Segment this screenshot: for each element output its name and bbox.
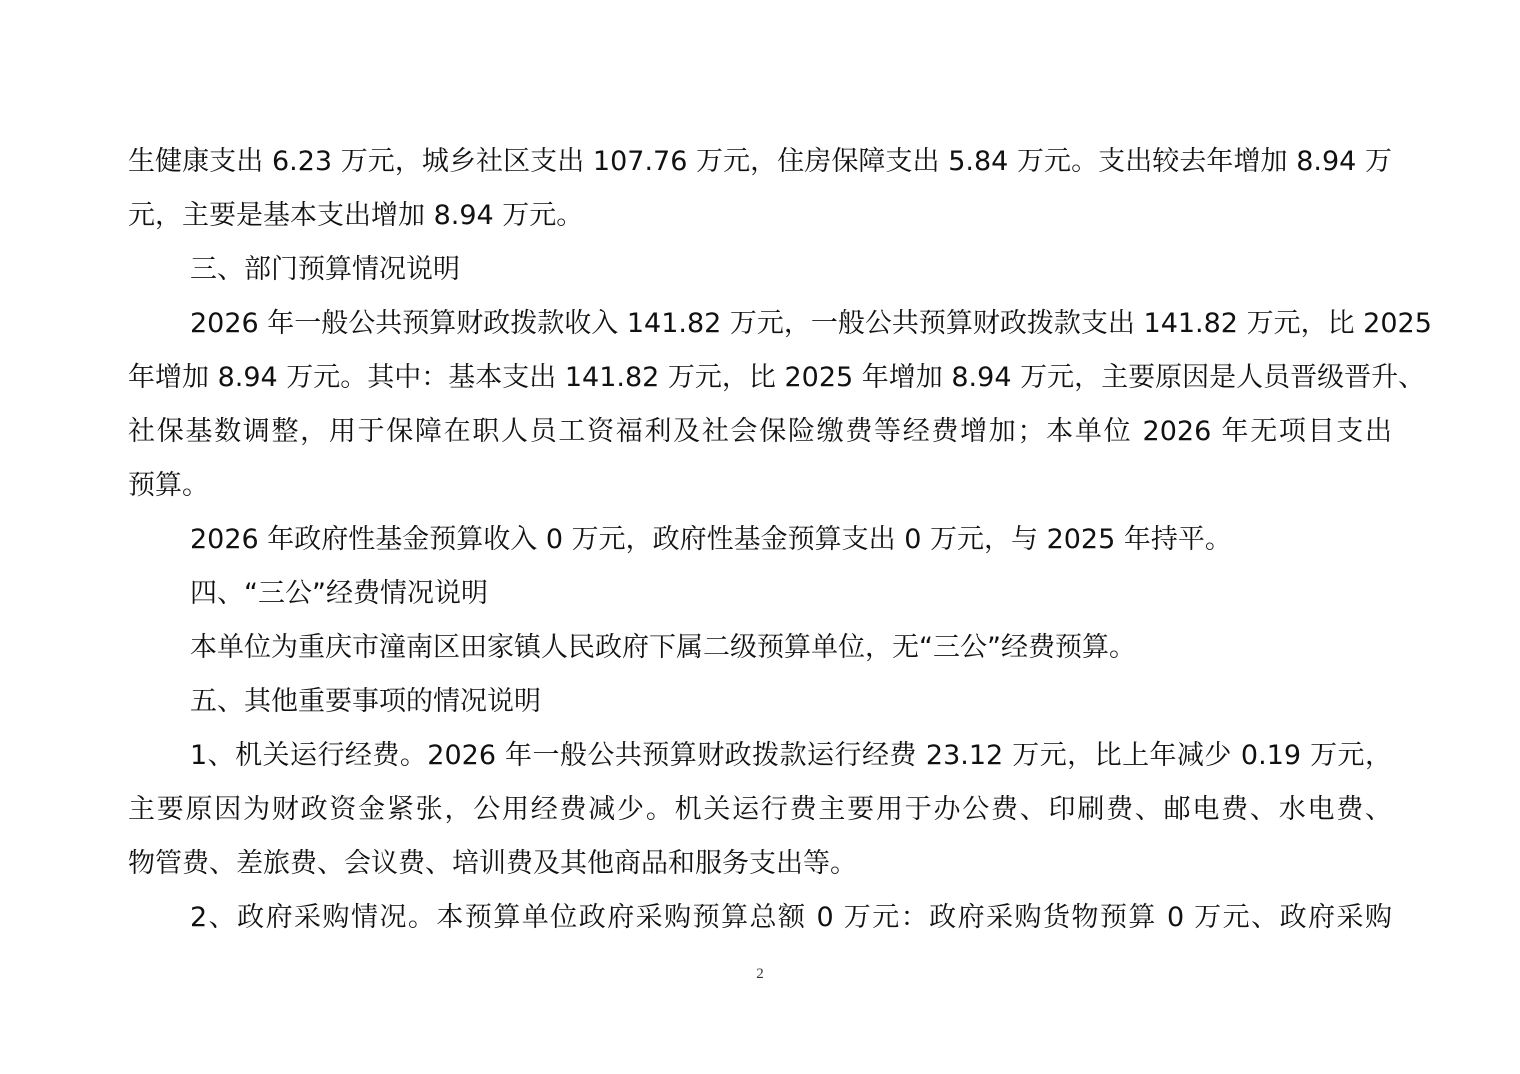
body-line-increase-summary: 元，主要是基本支出增加 8.94 万元。	[128, 196, 1392, 236]
body-line-general-budget-income: 2026 年一般公共预算财政拨款收入 141.82 万元，一般公共预算财政拨款支…	[190, 304, 1392, 344]
body-line-operating-reason: 主要原因为财政资金紧张，公用经费减少。机关运行费主要用于办公费、印刷费、邮电费、…	[128, 790, 1392, 830]
body-line-basic-expenditure: 年增加 8.94 万元。其中：基本支出 141.82 万元，比 2025 年增加…	[128, 358, 1392, 398]
body-line-procurement: 2、政府采购情况。本预算单位政府采购预算总额 0 万元：政府采购货物预算 0 万…	[190, 898, 1392, 938]
body-line-operating-expenses: 1、机关运行经费。2026 年一般公共预算财政拨款运行经费 23.12 万元，比…	[190, 736, 1392, 776]
body-line-social-security: 社保基数调整，用于保障在职人员工资福利及社会保险缴费等经费增加；本单位 2026…	[128, 412, 1392, 452]
section-heading-5-other-matters: 五、其他重要事项的情况说明	[190, 682, 1392, 722]
document-page: 生健康支出 6.23 万元，城乡社区支出 107.76 万元，住房保障支出 5.…	[0, 0, 1520, 1074]
section-heading-4-three-public: 四、“三公”经费情况说明	[190, 574, 1392, 614]
body-line-budget-end: 预算。	[128, 466, 1392, 506]
section-heading-3-department-budget: 三、部门预算情况说明	[190, 250, 1392, 290]
body-line-health-expenditure: 生健康支出 6.23 万元，城乡社区支出 107.76 万元，住房保障支出 5.…	[128, 142, 1392, 182]
body-line-government-fund: 2026 年政府性基金预算收入 0 万元，政府性基金预算支出 0 万元，与 20…	[190, 520, 1392, 560]
body-line-no-three-public: 本单位为重庆市潼南区田家镇人民政府下属二级预算单位，无“三公”经费预算。	[190, 628, 1392, 668]
page-number: 2	[0, 966, 1520, 983]
body-line-operating-items: 物管费、差旅费、会议费、培训费及其他商品和服务支出等。	[128, 844, 1392, 884]
